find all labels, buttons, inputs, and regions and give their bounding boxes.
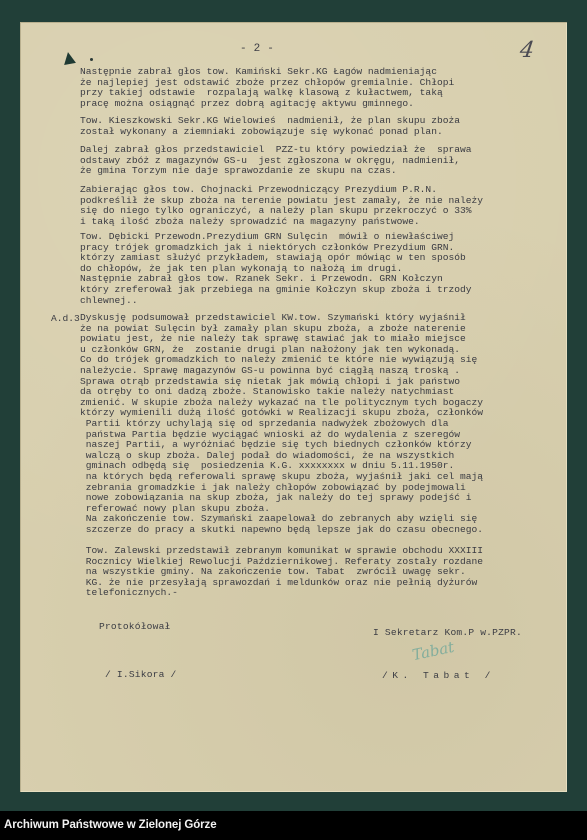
paragraph-zalewski: Tow. Zalewski przedstawił zebranym komun…	[80, 546, 560, 599]
page-number: - 2 -	[240, 44, 274, 55]
text-line: Tow. Dębicki Przewodn.Prezydium GRN Sulę…	[80, 232, 560, 243]
paragraph-ad3: Dyskusję podsumował przedstawiciel KW.to…	[80, 313, 560, 535]
secretary-title: I Sekretarz Kom.P w.PZPR.	[373, 628, 522, 639]
recorder-title: Protokółował	[99, 622, 171, 633]
agenda-item-label: A.d.3	[51, 313, 80, 324]
text-line: na których będą referowali sprawę skupu …	[80, 472, 560, 483]
text-line: pracę można osiągnąć przez dobrą agitacj…	[80, 99, 560, 110]
ink-speck	[90, 58, 93, 61]
text-line: szczerze do pracy a skutki napewno będą …	[80, 525, 560, 536]
text-line: telefonicznych.-	[80, 588, 560, 599]
text-line: Tow. Zalewski przedstawił zebranym komun…	[80, 546, 560, 557]
text-line: który zreferował jak przebiega na gminie…	[80, 285, 560, 296]
text-line: należycie. Sprawę magazynów GS-u powinna…	[80, 366, 560, 377]
paragraph-kieszkowski: Tow. Kieszkowski Sekr.KG Wielowieś nadmi…	[80, 116, 560, 137]
text-line: że gmina Torzym nie daje sprawozdanie ze…	[80, 166, 560, 177]
archive-footer-bar: Archiwum Państwowe w Zielonej Górze	[0, 811, 587, 840]
text-line: Dyskusję podsumował przedstawiciel KW.to…	[80, 313, 560, 324]
paragraph-debicki: Tow. Dębicki Przewodn.Prezydium GRN Sulę…	[80, 232, 560, 306]
text-line: chlewnej..	[80, 296, 560, 307]
text-line: Tow. Kieszkowski Sekr.KG Wielowieś nadmi…	[80, 116, 560, 127]
paragraph-kaminski: Następnie zabrał głos tow. Kamiński Sekr…	[80, 67, 560, 109]
text-line: Zabierając głos tow. Chojnacki Przewodni…	[80, 185, 560, 196]
paragraph-chojnacki: Zabierając głos tow. Chojnacki Przewodni…	[80, 185, 560, 227]
text-line: i taką ilość zboża należy sprowadzić na …	[80, 217, 560, 228]
recorder-name: / I.Sikora /	[105, 670, 177, 681]
punch-hole-mark	[62, 51, 76, 65]
archive-name: Archiwum Państwowe w Zielonej Górze	[4, 819, 217, 831]
text-line: Następnie zabrał głos tow. Kamiński Sekr…	[80, 67, 560, 78]
text-line: został wykonany a ziemniaki zobowiązuje …	[80, 127, 560, 138]
paragraph-pzz: Dalej zabrał głos przedstawiciel PZZ-tu …	[80, 145, 560, 177]
text-line: Dalej zabrał głos przedstawiciel PZZ-tu …	[80, 145, 560, 156]
text-line: Partii którzy uchylają się od sprzedania…	[80, 419, 560, 430]
secretary-name: /K. Tabat /	[382, 671, 495, 682]
